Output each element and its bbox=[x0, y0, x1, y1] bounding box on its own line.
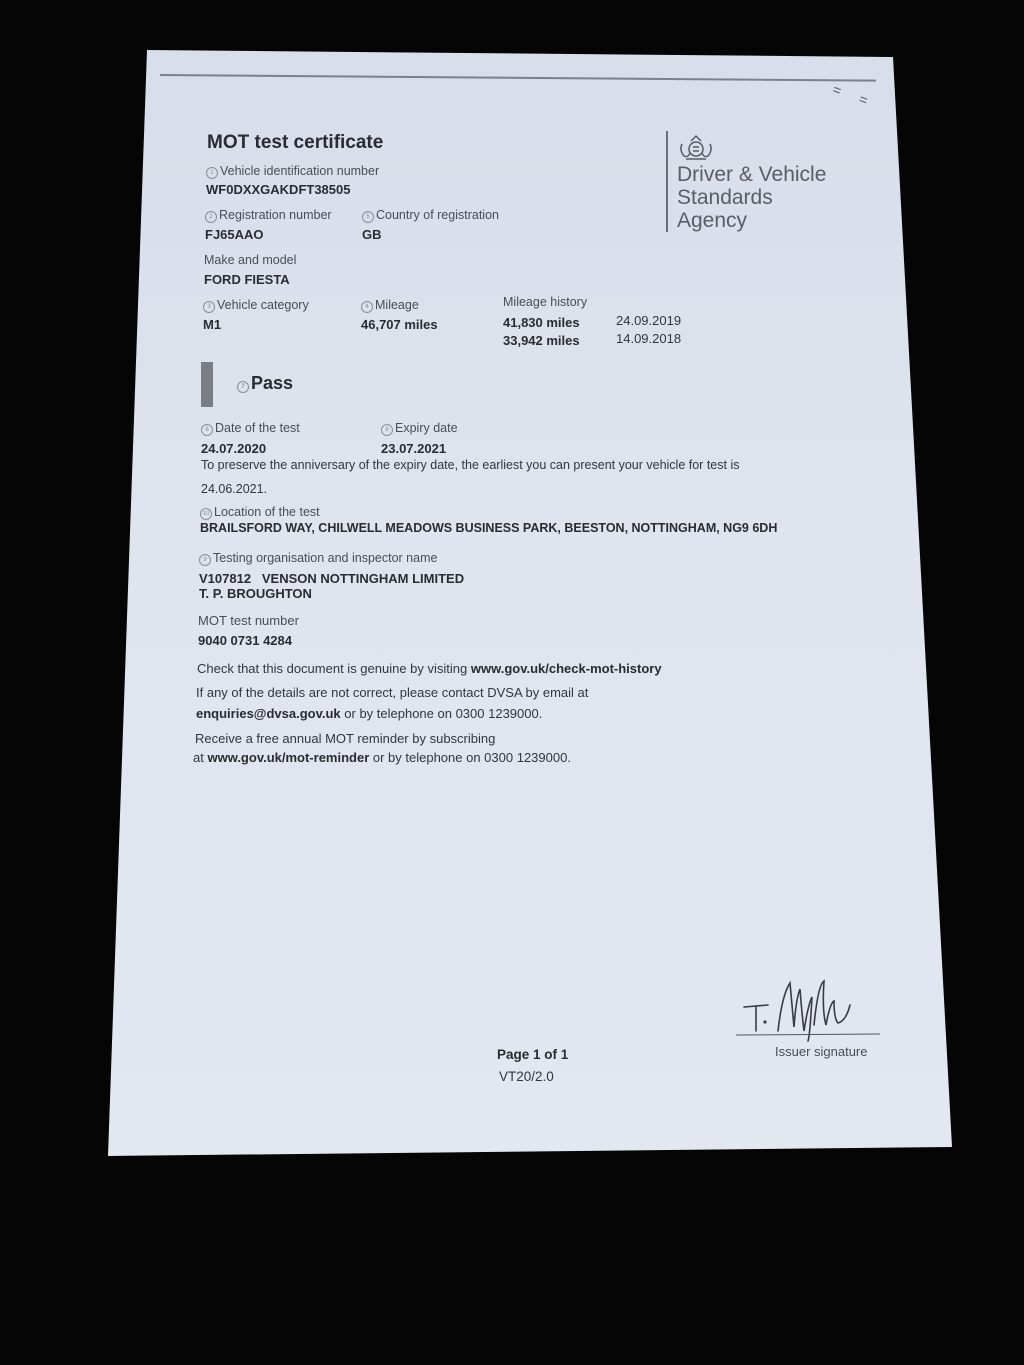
field-marker-icon: 2 bbox=[205, 211, 217, 223]
test-number-value: 9040 0731 4284 bbox=[198, 633, 292, 648]
field-marker-icon: 1 bbox=[206, 167, 218, 179]
country-value: GB bbox=[362, 227, 382, 242]
contact-notice-line1: If any of the details are not correct, p… bbox=[196, 685, 588, 700]
reminder-notice-line2: at www.gov.uk/mot-reminder or by telepho… bbox=[193, 750, 571, 765]
result-status: 7Pass bbox=[237, 373, 293, 394]
mileage-history-label: Mileage history bbox=[503, 295, 587, 309]
location-label: 10Location of the test bbox=[200, 505, 320, 520]
mileage-value: 46,707 miles bbox=[361, 317, 438, 332]
mileage-history-miles-2: 33,942 miles bbox=[503, 333, 580, 348]
field-marker-icon: 6 bbox=[201, 424, 213, 436]
agency-name: Driver & Vehicle Standards Agency bbox=[677, 163, 826, 232]
test-number-label: MOT test number bbox=[198, 613, 299, 628]
mileage-label: 4Mileage bbox=[361, 298, 419, 313]
inspector-name: T. P. BROUGHTON bbox=[199, 586, 312, 601]
field-marker-icon: 9 bbox=[199, 554, 211, 566]
mileage-history-date-1: 24.09.2019 bbox=[616, 313, 681, 328]
vin-value: WF0DXXGAKDFT38505 bbox=[206, 182, 350, 197]
signature-label: Issuer signature bbox=[775, 1044, 868, 1059]
country-label: 5Country of registration bbox=[362, 208, 499, 223]
document-title: MOT test certificate bbox=[207, 132, 383, 154]
registration-value: FJ65AAO bbox=[205, 227, 264, 242]
make-model-value: FORD FIESTA bbox=[204, 272, 290, 287]
contact-notice-line2: enquiries@dvsa.gov.uk or by telephone on… bbox=[196, 706, 542, 721]
field-marker-icon: 4 bbox=[361, 301, 373, 313]
royal-coat-of-arms-icon bbox=[676, 132, 716, 162]
field-marker-icon: 3 bbox=[203, 301, 215, 313]
field-marker-icon: 5 bbox=[362, 211, 374, 223]
test-date-value: 24.07.2020 bbox=[201, 441, 266, 456]
field-marker-icon: 7 bbox=[237, 381, 249, 393]
make-model-label: Make and model bbox=[204, 253, 296, 267]
organisation-label: 9Testing organisation and inspector name bbox=[199, 551, 437, 566]
anniversary-note-line1: To preserve the anniversary of the expir… bbox=[201, 458, 739, 472]
contact-email-link[interactable]: enquiries@dvsa.gov.uk bbox=[196, 706, 341, 721]
field-marker-icon: 10 bbox=[200, 508, 212, 520]
result-bar bbox=[201, 362, 213, 407]
test-date-label: 6Date of the test bbox=[201, 421, 300, 436]
mileage-history-date-2: 14.09.2018 bbox=[616, 331, 681, 346]
reminder-notice-line1: Receive a free annual MOT reminder by su… bbox=[195, 731, 495, 746]
mileage-history-miles-1: 41,830 miles bbox=[503, 315, 580, 330]
category-label: 3Vehicle category bbox=[203, 298, 309, 313]
page-number: Page 1 of 1 bbox=[497, 1047, 568, 1062]
agency-divider bbox=[666, 131, 668, 232]
check-mot-history-link[interactable]: www.gov.uk/check-mot-history bbox=[471, 661, 662, 676]
corner-marks: = = bbox=[831, 81, 878, 111]
check-genuine-notice: Check that this document is genuine by v… bbox=[197, 661, 662, 676]
anniversary-note-line2: 24.06.2021. bbox=[201, 482, 267, 496]
top-rule bbox=[160, 74, 876, 82]
organisation-code-name: V107812 VENSON NOTTINGHAM LIMITED bbox=[199, 571, 464, 586]
registration-label: 2Registration number bbox=[205, 208, 332, 223]
mot-reminder-link[interactable]: www.gov.uk/mot-reminder bbox=[207, 750, 369, 765]
location-address: BRAILSFORD WAY, CHILWELL MEADOWS BUSINES… bbox=[200, 521, 777, 535]
expiry-date-label: 8Expiry date bbox=[381, 421, 458, 436]
vin-label: 1Vehicle identification number bbox=[206, 164, 379, 179]
category-value: M1 bbox=[203, 317, 221, 332]
expiry-date-value: 23.07.2021 bbox=[381, 441, 446, 456]
field-marker-icon: 8 bbox=[381, 424, 393, 436]
form-code: VT20/2.0 bbox=[499, 1069, 554, 1084]
mot-certificate: = = MOT test certificate Driver & Vehicl… bbox=[0, 0, 1024, 1365]
